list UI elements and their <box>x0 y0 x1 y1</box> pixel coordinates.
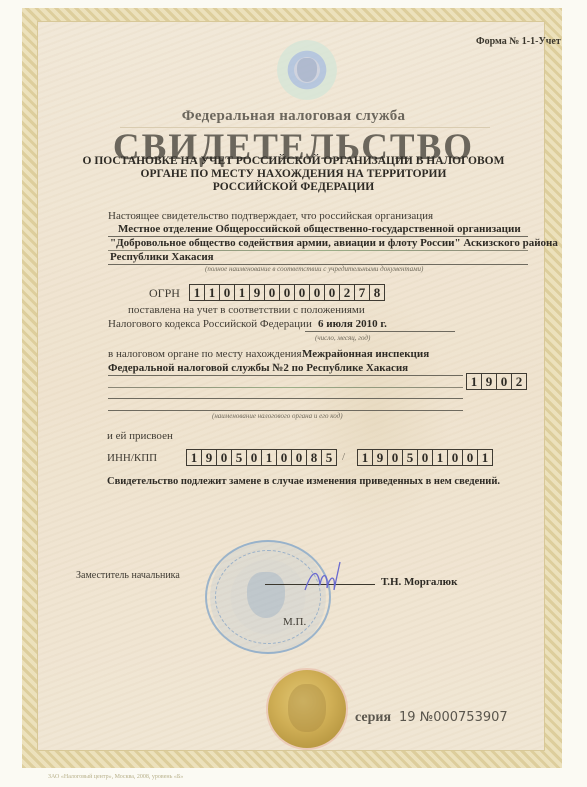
form-number: Форма № 1-1-Учет <box>476 36 561 47</box>
digit-cell: 7 <box>355 285 370 300</box>
assigned-intro: и ей присвоен <box>107 430 173 442</box>
agency-name: Федеральная налоговая служба <box>0 108 587 125</box>
org-name-line-2: "Добровольное общество содействия армии,… <box>110 237 558 249</box>
series-label: серия <box>355 710 391 725</box>
rule <box>108 375 463 376</box>
rule <box>305 331 455 332</box>
ogrn-digits: 1101900000278 <box>189 284 385 301</box>
digit-cell: 9 <box>250 285 265 300</box>
signatory-position: Заместитель начальника <box>76 570 180 581</box>
digit-cell: 0 <box>448 450 463 465</box>
digit-cell: 0 <box>295 285 310 300</box>
digit-cell: 0 <box>247 450 262 465</box>
series-value: 19 №000753907 <box>399 710 508 725</box>
date-hint: (число, месяц, год) <box>315 334 370 342</box>
digit-cell: 1 <box>235 285 250 300</box>
digit-cell: 0 <box>217 450 232 465</box>
digit-cell: 0 <box>325 285 340 300</box>
inn-kpp-separator: / <box>342 451 345 463</box>
digit-cell: 0 <box>277 450 292 465</box>
digit-cell: 8 <box>307 450 322 465</box>
registration-line-2: Налогового кодекса Российской Федерации <box>108 318 312 330</box>
org-name-hint: (полное наименование в соответствии с уч… <box>205 265 423 273</box>
digit-cell: 0 <box>280 285 295 300</box>
digit-cell: 5 <box>322 450 336 465</box>
gold-seal-icon <box>268 670 346 748</box>
rule <box>108 387 463 388</box>
digit-cell: 1 <box>433 450 448 465</box>
digit-cell: 0 <box>265 285 280 300</box>
kpp-digits: 190501001 <box>357 449 493 466</box>
digit-cell: 0 <box>463 450 478 465</box>
digit-cell: 1 <box>478 450 492 465</box>
digit-cell: 9 <box>482 374 497 389</box>
ogrn-label: ОГРН <box>149 286 180 301</box>
digit-cell: 1 <box>205 285 220 300</box>
digit-cell: 8 <box>370 285 384 300</box>
printer-note: ЗАО «Налоговый центр», Москва, 2008, уро… <box>48 774 183 780</box>
org-name-line-3: Республики Хакасия <box>110 251 214 263</box>
digit-cell: 0 <box>292 450 307 465</box>
signatory-name: Т.Н. Моргалюк <box>381 576 457 588</box>
subtitle-line-2: ОРГАНЕ ПО МЕСТУ НАХОЖДЕНИЯ НА ТЕРРИТОРИИ <box>0 168 587 181</box>
tax-authority-intro: в налоговом органе по месту нахождения <box>108 348 302 360</box>
digit-cell: 1 <box>187 450 202 465</box>
hologram-emblem-icon <box>277 40 337 100</box>
inn-digits: 1905010085 <box>186 449 337 466</box>
digit-cell: 1 <box>262 450 277 465</box>
digit-cell: 2 <box>512 374 526 389</box>
stamp-label: М.П. <box>283 616 306 628</box>
replacement-notice: Свидетельство подлежит замене в случае и… <box>107 476 500 487</box>
org-name-line-1: Местное отделение Общероссийской обществ… <box>118 223 521 235</box>
digit-cell: 0 <box>497 374 512 389</box>
digit-cell: 0 <box>220 285 235 300</box>
rule <box>108 398 463 399</box>
tax-authority-name-1: Межрайонная инспекция <box>302 348 429 360</box>
digit-cell: 1 <box>358 450 373 465</box>
digit-cell: 0 <box>310 285 325 300</box>
series-number: серия19 №000753907 <box>355 710 508 726</box>
tax-authority-code: 1902 <box>466 373 527 390</box>
tax-authority-hint: (наименование налогового органа и его ко… <box>212 412 343 420</box>
rule <box>108 410 463 411</box>
inn-kpp-label: ИНН/КПП <box>107 452 157 464</box>
digit-cell: 9 <box>202 450 217 465</box>
tax-authority-name-2: Федеральной налоговой службы №2 по Респу… <box>108 362 408 374</box>
digit-cell: 1 <box>190 285 205 300</box>
digit-cell: 9 <box>373 450 388 465</box>
digit-cell: 5 <box>232 450 247 465</box>
subtitle-line-1: О ПОСТАНОВКЕ НА УЧЕТ РОССИЙСКОЙ ОРГАНИЗА… <box>0 155 587 168</box>
registration-date: 6 июля 2010 г. <box>318 318 387 330</box>
registration-line-1: поставлена на учет в соответствии с поло… <box>128 304 365 316</box>
handwritten-signature-icon <box>300 560 350 600</box>
digit-cell: 1 <box>467 374 482 389</box>
digit-cell: 0 <box>388 450 403 465</box>
digit-cell: 2 <box>340 285 355 300</box>
digit-cell: 5 <box>403 450 418 465</box>
digit-cell: 0 <box>418 450 433 465</box>
org-intro: Настоящее свидетельство подтверждает, чт… <box>108 210 433 222</box>
subtitle-line-3: РОССИЙСКОЙ ФЕДЕРАЦИИ <box>0 181 587 194</box>
